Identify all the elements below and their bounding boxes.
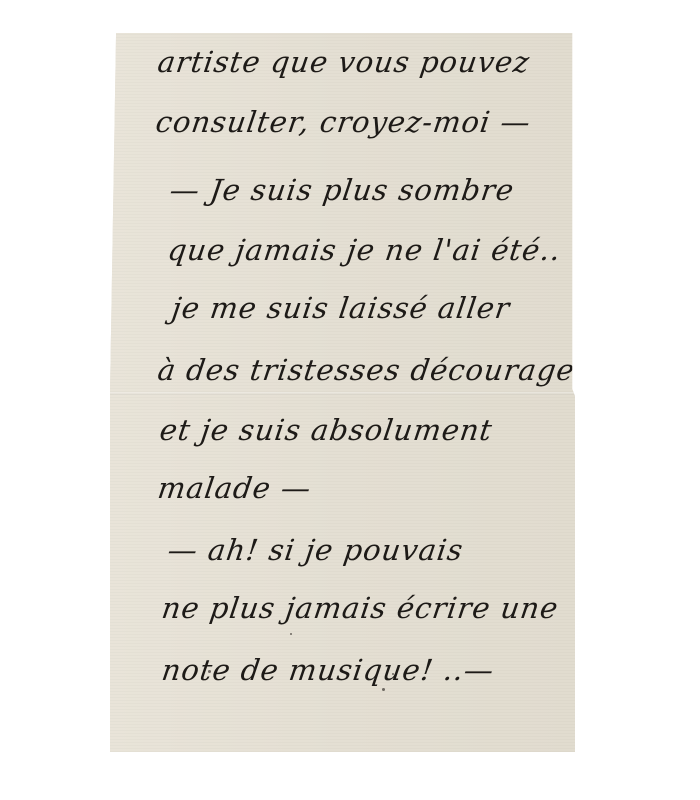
letter-page: artiste que vous pouvez consulter, croye… — [110, 33, 575, 752]
handwritten-line: — ah! si je pouvais — [166, 533, 466, 567]
ink-speck — [208, 670, 211, 673]
ink-speck — [276, 760, 280, 764]
handwritten-line: consulter, croyez-moi — — [154, 105, 534, 139]
handwritten-line: ne plus jamais écrire une — [160, 591, 561, 625]
handwritten-line: artiste que vous pouvez — [156, 45, 533, 79]
handwritten-line: malade — — [156, 471, 314, 505]
ink-speck — [392, 673, 394, 675]
handwritten-line: à des tristesses décourageantes — [156, 353, 662, 387]
handwritten-line: et je suis absolument — [158, 413, 495, 447]
handwritten-line: je me suis laissé aller — [170, 291, 513, 325]
handwritten-line: — Je suis plus sombre — [168, 173, 517, 207]
ink-speck — [290, 633, 292, 635]
paper-fold — [110, 392, 575, 395]
handwritten-line: que jamais je ne l'ai été.. — [166, 233, 564, 267]
ink-speck — [382, 688, 385, 691]
